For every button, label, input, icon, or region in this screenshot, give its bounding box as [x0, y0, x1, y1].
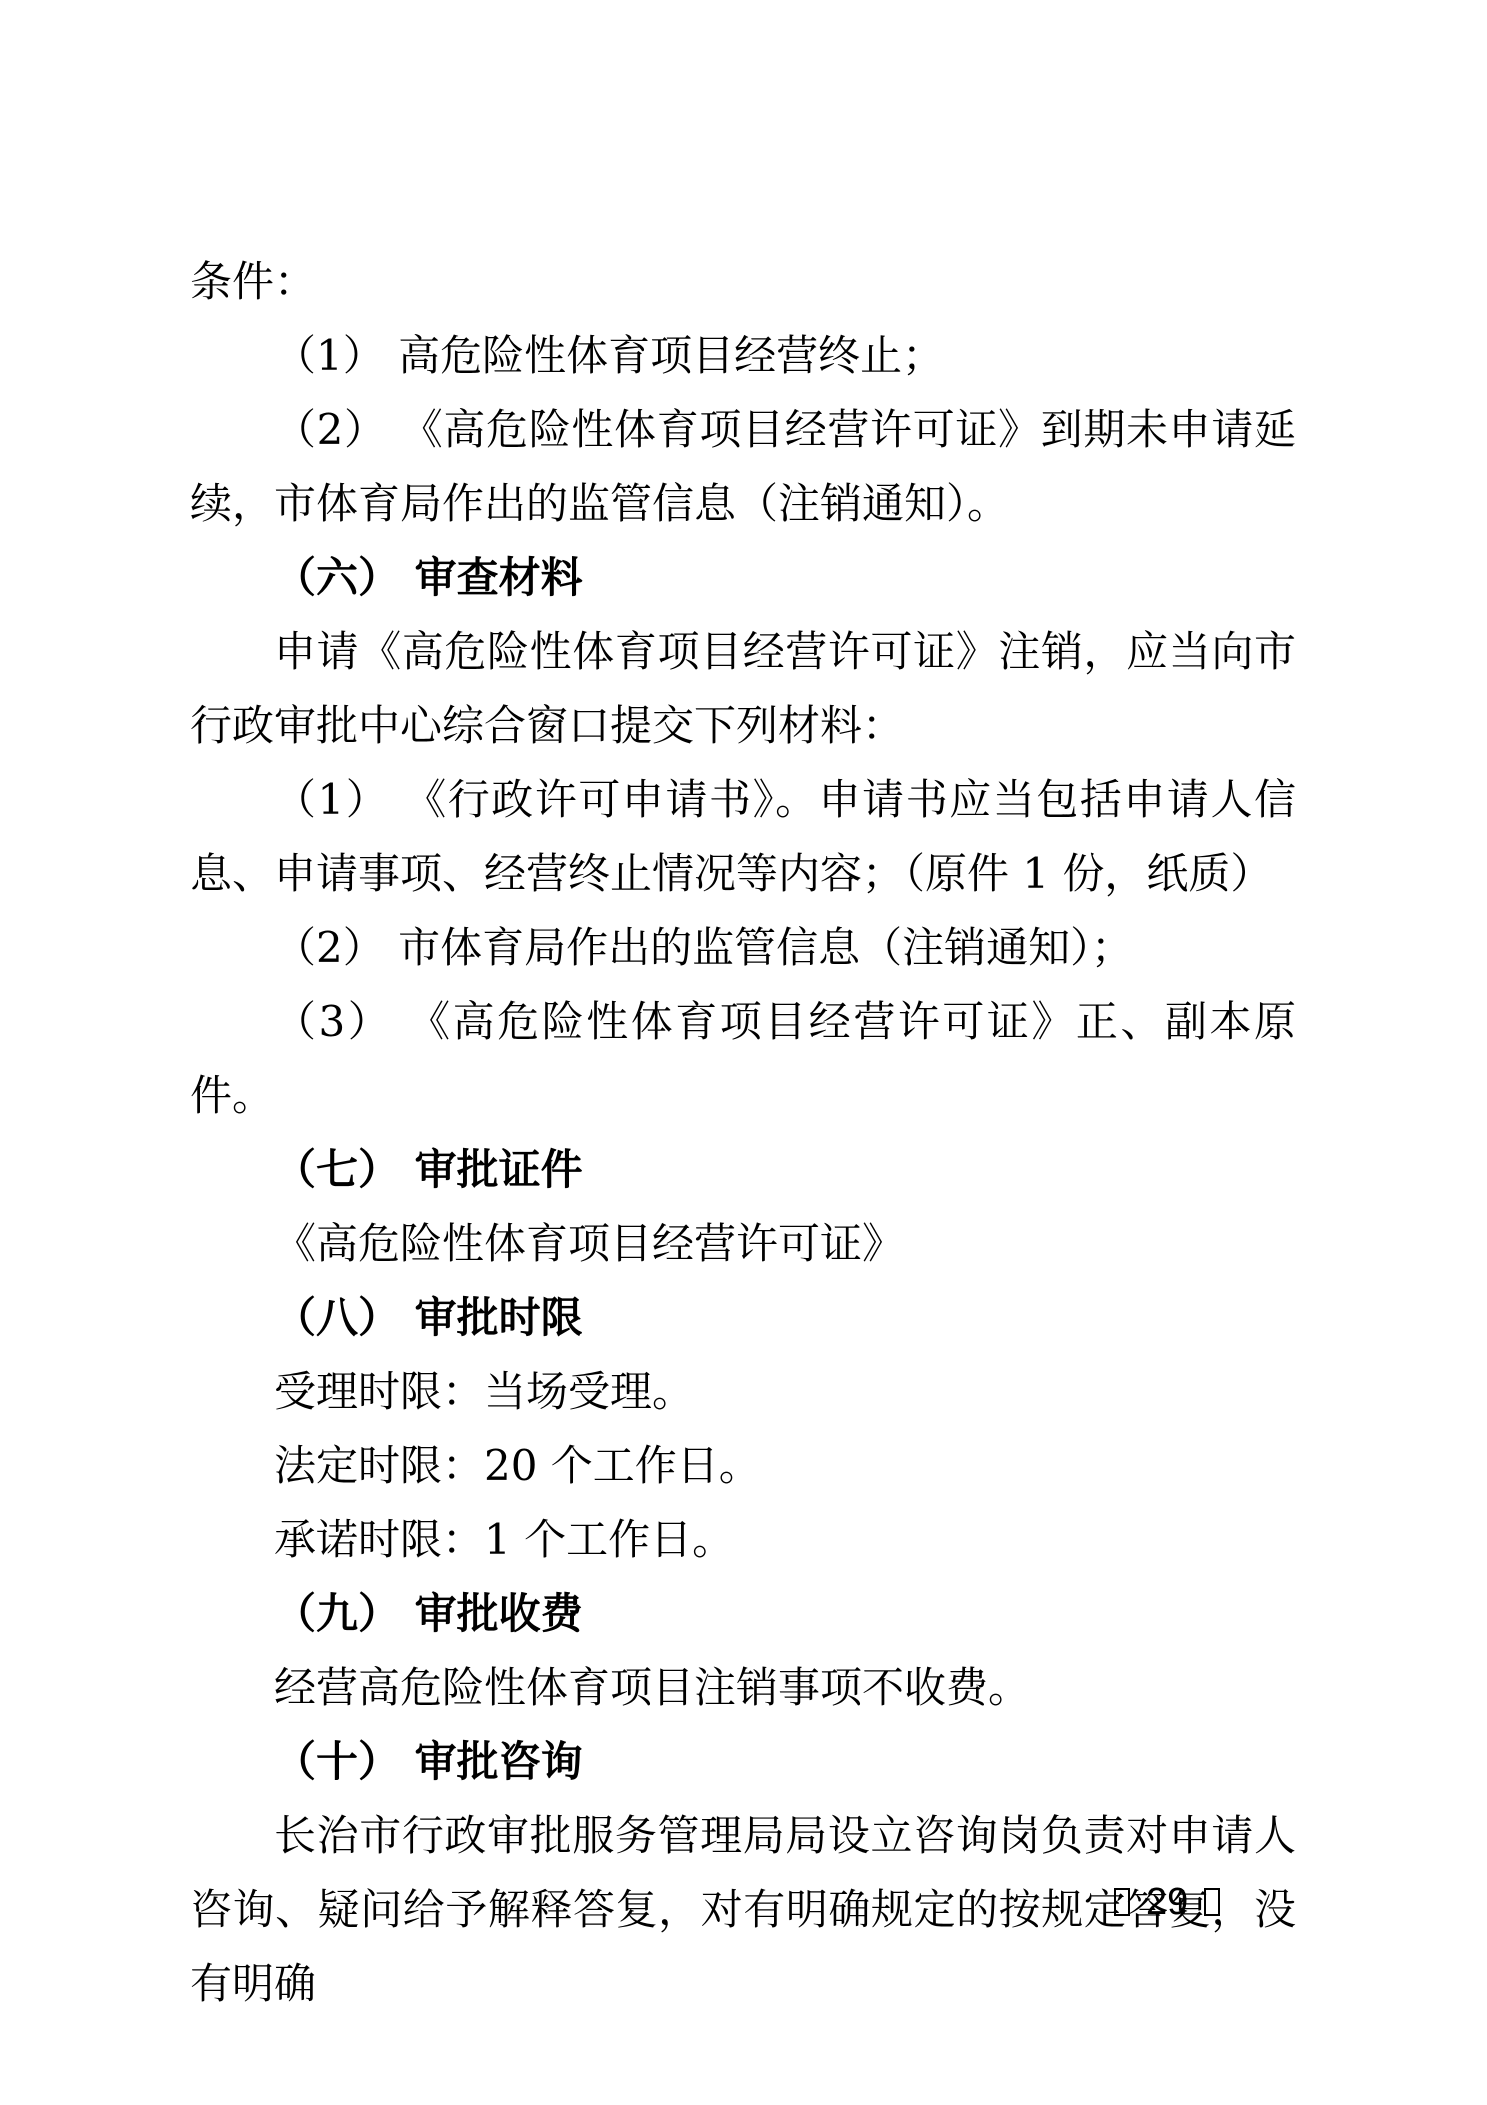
document-page: 条件：（1） 高危险性体育项目经营终止；（2） 《高危险性体育项目经营许可证》到… [0, 0, 1487, 2105]
paragraph: （1） 《行政许可申请书》。申请书应当包括申请人信息、申请事项、经营终止情况等内… [190, 763, 1296, 911]
paragraph: 《高危险性体育项目经营许可证》 [190, 1207, 1296, 1281]
paragraph: 经营高危险性体育项目注销事项不收费。 [190, 1651, 1296, 1725]
paragraph: （1） 高危险性体育项目经营终止； [190, 319, 1296, 393]
paragraph: （3） 《高危险性体育项目经营许可证》正、副本原件。 [190, 985, 1296, 1133]
document-body: 条件：（1） 高危险性体育项目经营终止；（2） 《高危险性体育项目经营许可证》到… [190, 245, 1296, 2021]
page-footer: 29 [1114, 1888, 1220, 1916]
paragraph: 承诺时限：1 个工作日。 [190, 1503, 1296, 1577]
section-heading: （七） 审批证件 [190, 1133, 1296, 1207]
missing-glyph-box-right [1204, 1888, 1220, 1916]
paragraph: 条件： [190, 245, 1296, 319]
section-heading: （六） 审查材料 [190, 541, 1296, 615]
paragraph: 申请《高危险性体育项目经营许可证》注销，应当向市行政审批中心综合窗口提交下列材料… [190, 615, 1296, 763]
paragraph: 法定时限：20 个工作日。 [190, 1429, 1296, 1503]
section-heading: （九） 审批收费 [190, 1577, 1296, 1651]
paragraph: 受理时限：当场受理。 [190, 1355, 1296, 1429]
page-number: 29 [1146, 1888, 1188, 1916]
paragraph: （2） 市体育局作出的监管信息（注销通知）； [190, 911, 1296, 985]
missing-glyph-box-left [1114, 1888, 1130, 1916]
section-heading: （十） 审批咨询 [190, 1725, 1296, 1799]
section-heading: （八） 审批时限 [190, 1281, 1296, 1355]
paragraph: （2） 《高危险性体育项目经营许可证》到期未申请延续，市体育局作出的监管信息（注… [190, 393, 1296, 541]
